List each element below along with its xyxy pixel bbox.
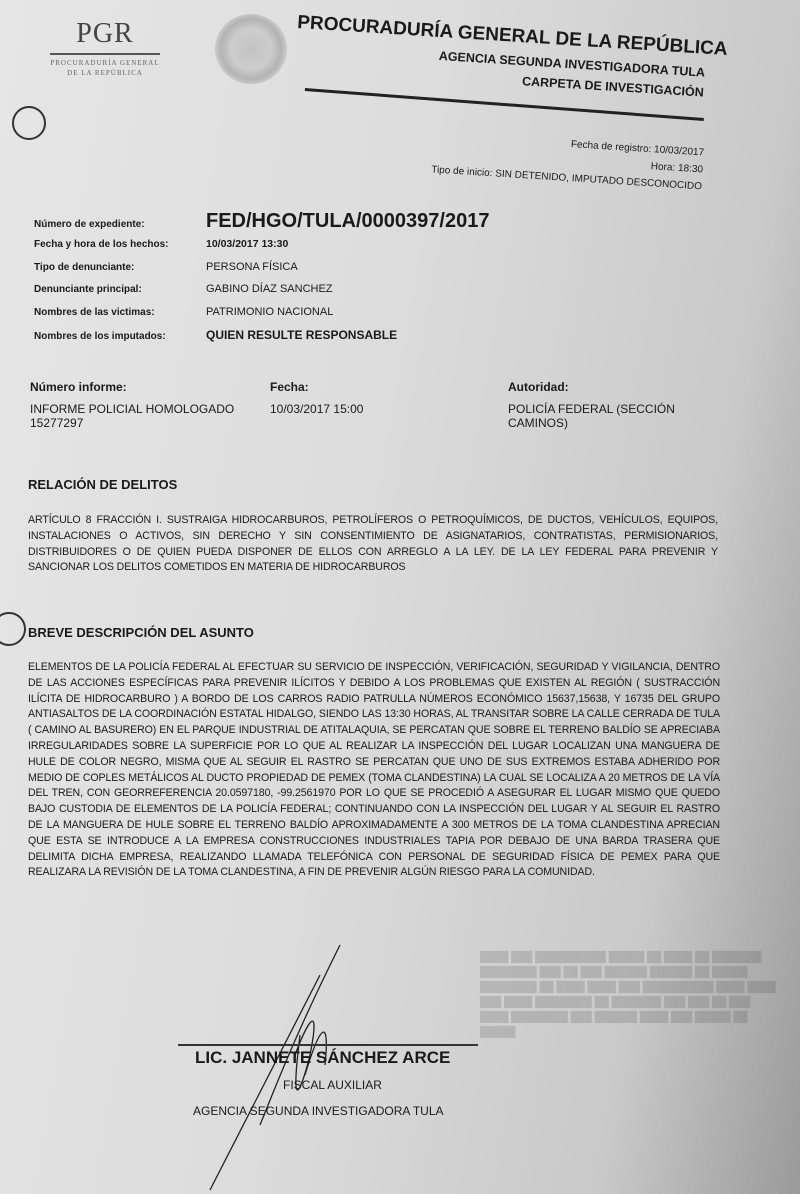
document-page: PGR PROCURADURÍA GENERAL DE LA REPÚBLICA… [0,0,800,1194]
report-date-col: Fecha: 10/03/2017 15:00 [270,380,363,416]
signer-agency: AGENCIA SEGUNDA INVESTIGADORA TULA [193,1104,444,1118]
field-label: Denunciante principal: [34,284,206,295]
field-label: Fecha y hora de los hechos: [34,239,206,250]
report-number-line1: INFORME POLICIAL HOMOLOGADO [30,402,234,416]
signature-line [178,1044,478,1046]
field-value: QUIEN RESULTE RESPONSABLE [206,328,397,342]
report-authority-header: Autoridad: [508,380,675,394]
report-number-line2: 15277297 [30,416,234,430]
case-fields: Número de expediente: FED/HGO/TULA/00003… [34,210,489,351]
report-number-header: Número informe: [30,380,234,394]
logo-subtitle-1: PROCURADURÍA GENERAL [40,58,170,68]
field-label: Nombres de las victimas: [34,307,206,318]
signer-role: FISCAL AUXILIAR [283,1078,382,1092]
document-header: PROCURADURÍA GENERAL DE LA REPÚBLICA AGE… [294,12,717,100]
field-label: Nombres de los imputados: [34,331,206,342]
report-date-header: Fecha: [270,380,363,394]
punch-hole-icon [0,612,26,646]
field-value: PERSONA FÍSICA [206,261,298,273]
registration-info: Fecha de registro: 10/03/2017 Hora: 18:3… [392,128,705,198]
punch-hole-icon [12,106,46,140]
field-label: Tipo de denunciante: [34,262,206,273]
field-value: 10/03/2017 13:30 [206,238,288,250]
report-authority-col: Autoridad: POLICÍA FEDERAL (SECCIÓN CAMI… [508,380,675,430]
case-number: FED/HGO/TULA/0000397/2017 [206,210,489,233]
report-authority-line2: CAMINOS) [508,416,675,430]
logo-subtitle-2: DE LA REPÚBLICA [40,68,170,78]
field-label: Número de expediente: [34,219,206,230]
pgr-logo: PGR PROCURADURÍA GENERAL DE LA REPÚBLICA [40,18,170,78]
report-number-col: Número informe: INFORME POLICIAL HOMOLOG… [30,380,234,430]
field-value: GABINO DÍAZ SANCHEZ [206,283,333,295]
report-authority-line1: POLICÍA FEDERAL (SECCIÓN [508,402,675,416]
field-row: Fecha y hora de los hechos: 10/03/2017 1… [34,238,489,261]
field-value: PATRIMONIO NACIONAL [206,306,333,318]
crimes-text: ARTÍCULO 8 FRACCIÓN I. SUSTRAIGA HIDROCA… [28,513,718,576]
summary-title: BREVE DESCRIPCIÓN DEL ASUNTO [28,625,254,640]
field-row: Nombres de las victimas: PATRIMONIO NACI… [34,306,489,329]
summary-text: ELEMENTOS DE LA POLICÍA FEDERAL AL EFECT… [28,660,720,881]
signer-name: LIC. JANNETE SÁNCHEZ ARCE [195,1048,450,1068]
coat-of-arms-seal-icon [215,14,287,84]
logo-text: PGR [40,18,170,50]
field-row: Tipo de denunciante: PERSONA FÍSICA [34,261,489,284]
field-row: Número de expediente: FED/HGO/TULA/00003… [34,210,489,238]
bleed-through-text: ████ ███ ██████████ █████ ██ ████ ██ ███… [480,950,780,1040]
field-row: Nombres de los imputados: QUIEN RESULTE … [34,328,489,351]
crimes-title: RELACIÓN DE DELITOS [28,477,177,492]
field-row: Denunciante principal: GABINO DÍAZ SANCH… [34,283,489,306]
report-date: 10/03/2017 15:00 [270,402,363,416]
logo-rule [50,53,160,55]
